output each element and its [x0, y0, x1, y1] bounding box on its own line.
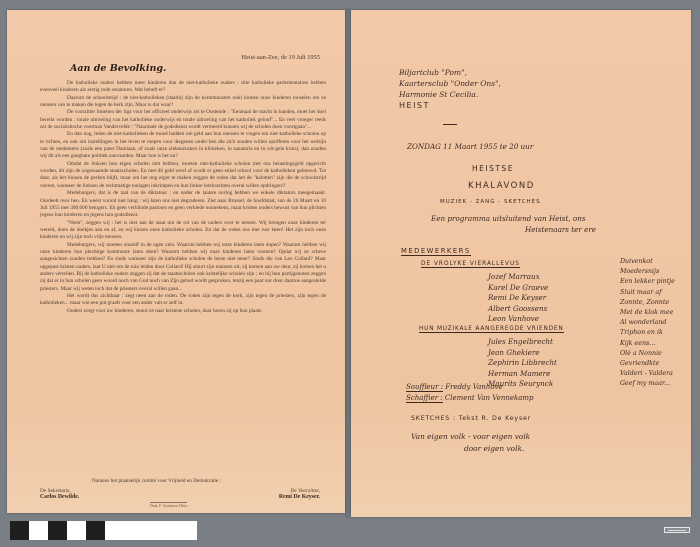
paragraph: En dan nog, leden de niet-katholieken de…: [40, 131, 326, 160]
printer-imprint: Druk. F. Goemaere, Heist: [150, 502, 187, 508]
sketches-credit: SKETCHES : Tekst R. De Keyser: [411, 415, 531, 422]
event-title-line2: KHALAVOND: [468, 181, 535, 191]
scale-block-white: [67, 521, 86, 540]
scale-block-white: [105, 521, 197, 540]
paragraph: Het wordt dus zichtbaar : zegt neen aan …: [40, 293, 326, 308]
member-name: Jules Engelbrecht: [488, 337, 557, 348]
paragraph: De voorzitter Smelten der liga voor het …: [40, 109, 326, 131]
program-description-line1: Een programma uitsluitend van Heist, ons: [431, 214, 586, 223]
schaffier-name: Clement Van Vennekamp: [445, 394, 534, 402]
printed-leaflet-page: Heist-aan-Zee, de 19 Juli 1955 Aan de Be…: [7, 10, 345, 513]
closing-line: Namens het plaatselijk comité voor Vrijh…: [92, 478, 221, 484]
chairman-name: Remi De Keyser.: [279, 494, 320, 500]
group1-header: DE VROLYKE VIERALLEVUS: [421, 261, 520, 268]
paragraph: De katholieke ouders hebben meer kindere…: [40, 80, 326, 95]
group2-header: HUN MUZIKALE AANGEREGDE VRIENDEN: [419, 326, 564, 333]
secretary-signature: De Sekretaris, Carlos Dewilde.: [40, 488, 79, 500]
program-item: Triphon en ik: [620, 328, 675, 338]
member-name: Leon Vanhove: [488, 314, 548, 325]
group1-members: Jozef Marraux Karel De Graeve Remi De Ke…: [488, 272, 548, 325]
organizer-line: Harmonie St Cecilia.: [399, 89, 501, 100]
program-item: Geef my maar...: [620, 379, 675, 389]
member-name: Jean Ghekiere: [488, 348, 557, 359]
motto-line1: Van eigen volk - voor eigen volk: [411, 432, 530, 441]
leaflet-title: Aan de Bevolking.: [70, 63, 166, 74]
organizer-town: HEIST: [399, 100, 501, 111]
program-item: Zonnte, Zonnte: [620, 298, 675, 308]
program-item: Met de klok mee: [620, 308, 675, 318]
souffleur-line: Souffleur : Freddy Vanhove: [406, 383, 503, 391]
member-name: Herman Mamere: [488, 369, 557, 380]
event-date: ZONDAG 11 Maart 1955 te 20 uur: [407, 142, 533, 151]
event-subtitle: MUZIEK - ZANG - SKETCHES: [440, 199, 541, 205]
schaffier-label: Schaffier :: [406, 394, 443, 403]
secretary-name: Carlos Dewilde.: [40, 494, 79, 500]
program-items-list: Duivenkot Moedersnijs Een lekker pintje …: [620, 257, 675, 390]
program-item: Sluit maar af: [620, 288, 675, 298]
organizer-line: Kaartersclub "Onder Ons",: [399, 78, 501, 89]
paragraph: Daarom de schoolstrijd : de niet-katholi…: [40, 95, 326, 110]
archive-label-tag: [664, 527, 690, 533]
paragraph: "Neen", zeggen wij : het is niet aan de …: [40, 220, 326, 242]
place-date: Heist-aan-Zee, de 19 Juli 1955: [241, 54, 320, 61]
divider: [443, 124, 457, 125]
paragraph: Medeburgers, dat is de taal van de dikta…: [40, 190, 326, 219]
scale-block-black: [48, 521, 67, 540]
paragraph: Omdat de linksen hun eigen scholen niet …: [40, 161, 326, 190]
program-item: Moedersnijs: [620, 267, 675, 277]
organizers-block: Biljartclub "Pom", Kaartersclub "Onder O…: [399, 67, 501, 111]
scale-block-black: [86, 521, 105, 540]
souffleur-name: Freddy Vanhove: [445, 383, 502, 391]
member-name: Albert Goossens: [488, 304, 548, 315]
leaflet-body: De katholieke ouders hebben meer kindere…: [40, 80, 326, 315]
group2-members: Jules Engelbrecht Jean Ghekiere Zephirin…: [488, 337, 557, 390]
program-description-line2: Heistenaars ter ere: [525, 225, 596, 234]
souffleur-label: Souffleur :: [406, 383, 443, 392]
member-name: Jozef Marraux: [488, 272, 548, 283]
member-name: Zephirin Libbrecht: [488, 358, 557, 369]
chairman-signature: De Voorzitter, Remi De Keyser.: [279, 488, 320, 500]
paragraph: Ouders zorgt voor uw kinderen, stuurt ze…: [40, 308, 326, 315]
member-name: Karel De Graeve: [488, 283, 548, 294]
motto-line2: door eigen volk.: [464, 444, 524, 453]
handwritten-program-page: Biljartclub "Pom", Kaartersclub "Onder O…: [351, 10, 691, 517]
schaffier-line: Schaffier : Clement Van Vennekamp: [406, 394, 534, 402]
paragraph: Medeburgers, wij moeten onszelf in de og…: [40, 242, 326, 293]
program-item: Duivenkot: [620, 257, 675, 267]
scale-block-white: [29, 521, 48, 540]
contributors-header: MEDEWERKERS: [401, 247, 471, 256]
program-item: Olé a Nonnie: [620, 349, 675, 359]
program-item: Al wonderland: [620, 318, 675, 328]
member-name: Remi De Keyser: [488, 293, 548, 304]
program-item: Kijk eens...: [620, 339, 675, 349]
organizer-line: Biljartclub "Pom",: [399, 67, 501, 78]
program-item: Valderi - Valdera: [620, 369, 675, 379]
scale-block-black: [10, 521, 29, 540]
program-item: Een lekker pintje: [620, 277, 675, 287]
program-item: Gevriendkte: [620, 359, 675, 369]
event-title-line1: HEISTSE: [472, 164, 514, 173]
color-scale-bar: [10, 521, 197, 540]
